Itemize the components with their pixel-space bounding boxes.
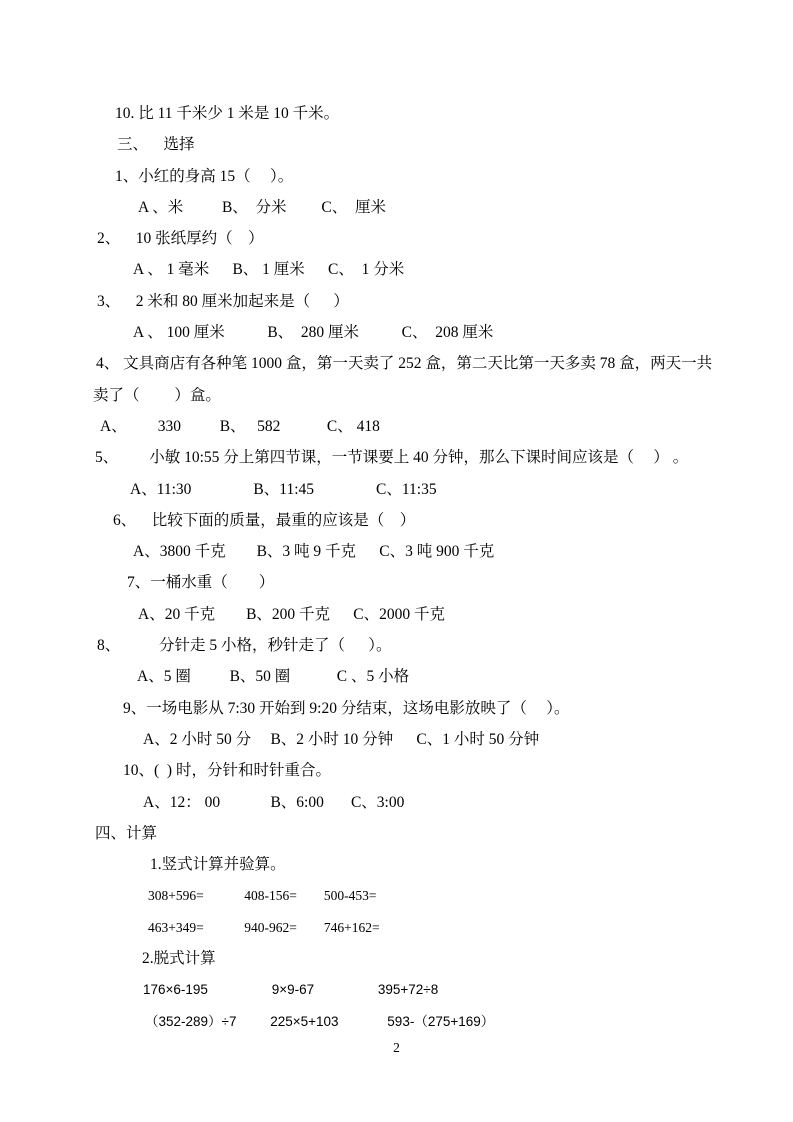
section-heading: 三、 选择 bbox=[117, 129, 793, 160]
document-body: 10. 比 11 千米少 1 米是 10 千米。 三、 选择 1、小红的身高 1… bbox=[0, 98, 793, 1037]
question-line: 2、 10 张纸厚约（ ） bbox=[97, 223, 793, 254]
calculation-line: 308+596= 408-156= 500-453= bbox=[148, 880, 793, 911]
page-number: 2 bbox=[0, 1040, 793, 1056]
calculation-line: 176×6-195 9×9-67 395+72÷8 bbox=[143, 974, 793, 1005]
document-page: 10. 比 11 千米少 1 米是 10 千米。 三、 选择 1、小红的身高 1… bbox=[0, 0, 793, 1122]
calculation-line: 463+349= 940-962= 746+162= bbox=[148, 912, 793, 943]
question-line: 9、一场电影从 7:30 开始到 9:20 分结束，这场电影放映了（ ）。 bbox=[123, 693, 793, 724]
question-line: 3、 2 米和 80 厘米加起来是（ ） bbox=[97, 286, 793, 317]
subsection-heading: 2.脱式计算 bbox=[142, 943, 793, 974]
options-line: A 、 100 厘米 B、 280 厘米 C、 208 厘米 bbox=[133, 317, 793, 348]
options-line: A、3800 千克 B、3 吨 9 千克 C、3 吨 900 千克 bbox=[133, 536, 793, 567]
question-line: 6、 比较下面的质量，最重的应该是（ ） bbox=[113, 505, 793, 536]
options-line: A 、 1 毫米 B、 1 厘米 C、 1 分米 bbox=[133, 254, 793, 285]
question-line: 8、 分针走 5 小格，秒针走了（ ）。 bbox=[97, 630, 793, 661]
section-heading: 四、计算 bbox=[95, 818, 793, 849]
options-line: A、 330 B、 582 C、 418 bbox=[100, 411, 793, 442]
options-line: A、11:30 B、11:45 C、11:35 bbox=[130, 474, 793, 505]
question-line: 1、小红的身高 15（ ）。 bbox=[115, 161, 793, 192]
question-line: 10、( ) 时，分针和时针重合。 bbox=[123, 755, 793, 786]
options-line: A、5 圈 B、50 圈 C 、5 小格 bbox=[137, 661, 793, 692]
options-line: A、20 千克 B、200 千克 C、2000 千克 bbox=[138, 599, 793, 630]
options-line: A 、米 B、 分米 C、 厘米 bbox=[138, 192, 793, 223]
question-line: 5、 小敏 10:55 分上第四节课，一节课要上 40 分钟，那么下课时间应该是… bbox=[95, 442, 793, 473]
question-line: 4、 文具商店有各种笔 1000 盒，第一天卖了 252 盒，第二天比第一天多卖… bbox=[96, 348, 793, 379]
statement-line: 10. 比 11 千米少 1 米是 10 千米。 bbox=[115, 98, 793, 129]
question-line-wrap: 卖了（ ）盒。 bbox=[93, 380, 793, 411]
question-line: 7、一桶水重（ ） bbox=[127, 567, 793, 598]
options-line: A、12： 00 B、6:00 C、3:00 bbox=[143, 787, 793, 818]
calculation-line: （352-289）÷7 225×5+103 593-（275+169） bbox=[145, 1006, 793, 1037]
options-line: A、2 小时 50 分 B、2 小时 10 分钟 C、1 小时 50 分钟 bbox=[143, 724, 793, 755]
subsection-heading: 1.竖式计算并验算。 bbox=[150, 849, 793, 880]
